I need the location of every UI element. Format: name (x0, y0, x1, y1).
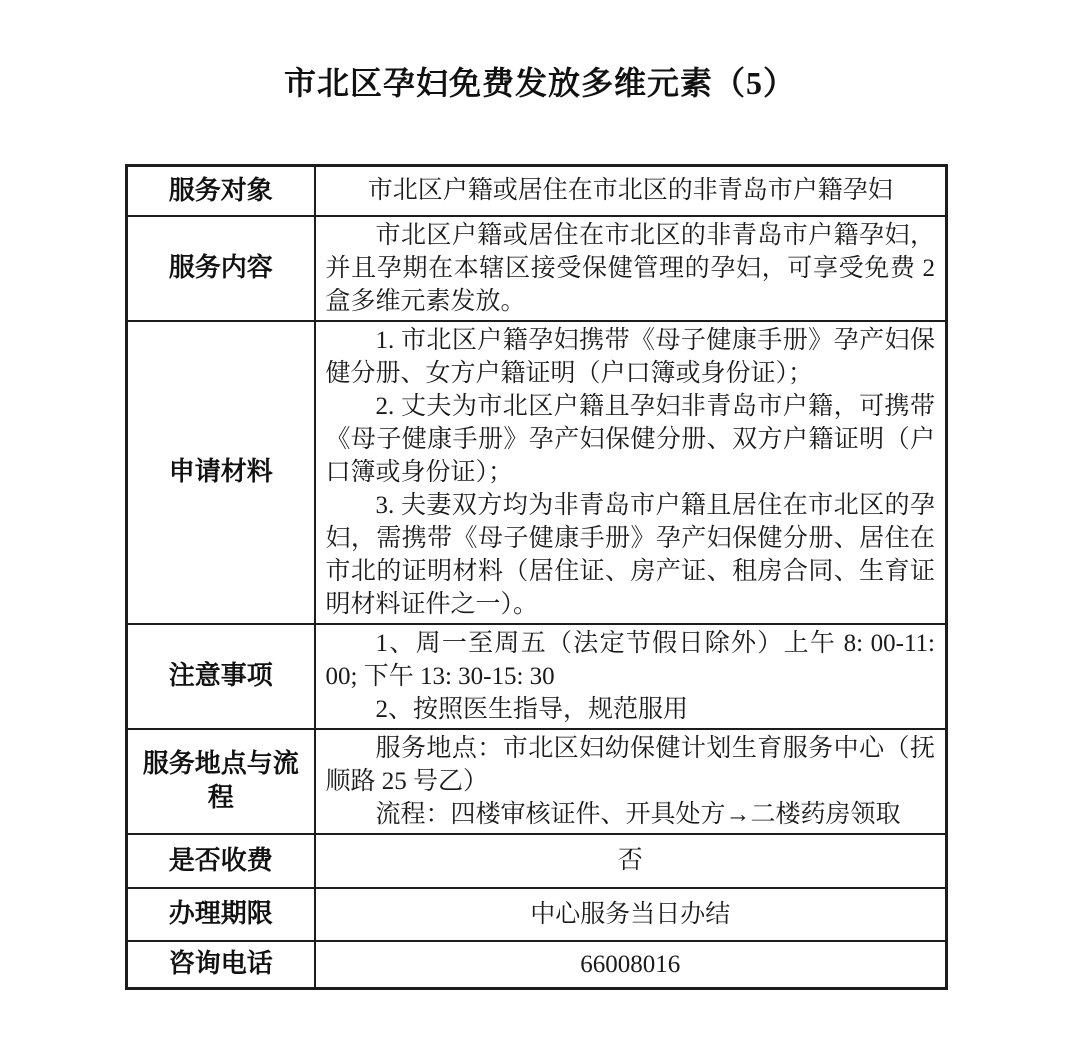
row-value-application-materials: 1. 市北区户籍孕妇携带《母子健康手册》孕产妇保健分册、女方户籍证明（户口簿或身… (315, 321, 947, 624)
cell-paragraph: 1. 市北区户籍孕妇携带《母子健康手册》孕产妇保健分册、女方户籍证明（户口簿或身… (326, 324, 936, 390)
table-row-location-process: 服务地点与流程 服务地点：市北区妇幼保健计划生育服务中心（抚顺路 25 号乙） … (127, 729, 947, 834)
cell-paragraph: 服务地点：市北区妇幼保健计划生育服务中心（抚顺路 25 号乙） (326, 732, 936, 798)
table-row-notes: 注意事项 1、周一至周五（法定节假日除外）上午 8: 00-11: 00; 下午… (127, 624, 947, 729)
cell-paragraph: 2. 丈夫为市北区户籍且孕妇非青岛市户籍，可携带《母子健康手册》孕产妇保健分册、… (326, 390, 936, 489)
row-value-fee: 否 (315, 834, 947, 888)
service-info-table: 服务对象 市北区户籍或居住在市北区的非青岛市户籍孕妇 服务内容 市北区户籍或居住… (125, 164, 948, 990)
row-value-service-content: 市北区户籍或居住在市北区的非青岛市户籍孕妇，并且孕期在本辖区接受保健管理的孕妇，… (315, 216, 947, 321)
table-row-service-content: 服务内容 市北区户籍或居住在市北区的非青岛市户籍孕妇，并且孕期在本辖区接受保健管… (127, 216, 947, 321)
cell-paragraph: 2、按照医生指导，规范服用 (326, 693, 936, 726)
row-label-service-content: 服务内容 (127, 216, 315, 321)
row-label-location-process: 服务地点与流程 (127, 729, 315, 834)
cell-paragraph: 中心服务当日办结 (326, 898, 936, 931)
cell-paragraph: 66008016 (326, 948, 936, 981)
row-value-service-target: 市北区户籍或居住在市北区的非青岛市户籍孕妇 (315, 166, 947, 216)
row-label-fee: 是否收费 (127, 834, 315, 888)
row-label-notes: 注意事项 (127, 624, 315, 729)
table-row-application-materials: 申请材料 1. 市北区户籍孕妇携带《母子健康手册》孕产妇保健分册、女方户籍证明（… (127, 321, 947, 624)
page-title: 市北区孕妇免费发放多维元素（5） (0, 0, 1080, 104)
cell-paragraph: 市北区户籍或居住在市北区的非青岛市户籍孕妇，并且孕期在本辖区接受保健管理的孕妇，… (326, 219, 936, 318)
cell-paragraph: 市北区户籍或居住在市北区的非青岛市户籍孕妇 (326, 174, 936, 207)
cell-paragraph: 流程：四楼审核证件、开具处方→二楼药房领取 (326, 798, 936, 831)
cell-paragraph: 否 (326, 844, 936, 877)
row-value-processing-deadline: 中心服务当日办结 (315, 888, 947, 941)
table-row-consultation-phone: 咨询电话 66008016 (127, 941, 947, 989)
row-value-location-process: 服务地点：市北区妇幼保健计划生育服务中心（抚顺路 25 号乙） 流程：四楼审核证… (315, 729, 947, 834)
row-label-application-materials: 申请材料 (127, 321, 315, 624)
cell-paragraph: 3. 夫妻双方均为非青岛市户籍且居住在市北区的孕妇，需携带《母子健康手册》孕产妇… (326, 489, 936, 621)
row-label-processing-deadline: 办理期限 (127, 888, 315, 941)
row-label-consultation-phone: 咨询电话 (127, 941, 315, 989)
row-value-notes: 1、周一至周五（法定节假日除外）上午 8: 00-11: 00; 下午 13: … (315, 624, 947, 729)
table-row-service-target: 服务对象 市北区户籍或居住在市北区的非青岛市户籍孕妇 (127, 166, 947, 216)
row-value-consultation-phone: 66008016 (315, 941, 947, 989)
document-page: 市北区孕妇免费发放多维元素（5） 服务对象 市北区户籍或居住在市北区的非青岛市户… (0, 0, 1080, 1057)
cell-paragraph: 1、周一至周五（法定节假日除外）上午 8: 00-11: 00; 下午 13: … (326, 627, 936, 693)
table-row-fee: 是否收费 否 (127, 834, 947, 888)
table-row-processing-deadline: 办理期限 中心服务当日办结 (127, 888, 947, 941)
row-label-service-target: 服务对象 (127, 166, 315, 216)
